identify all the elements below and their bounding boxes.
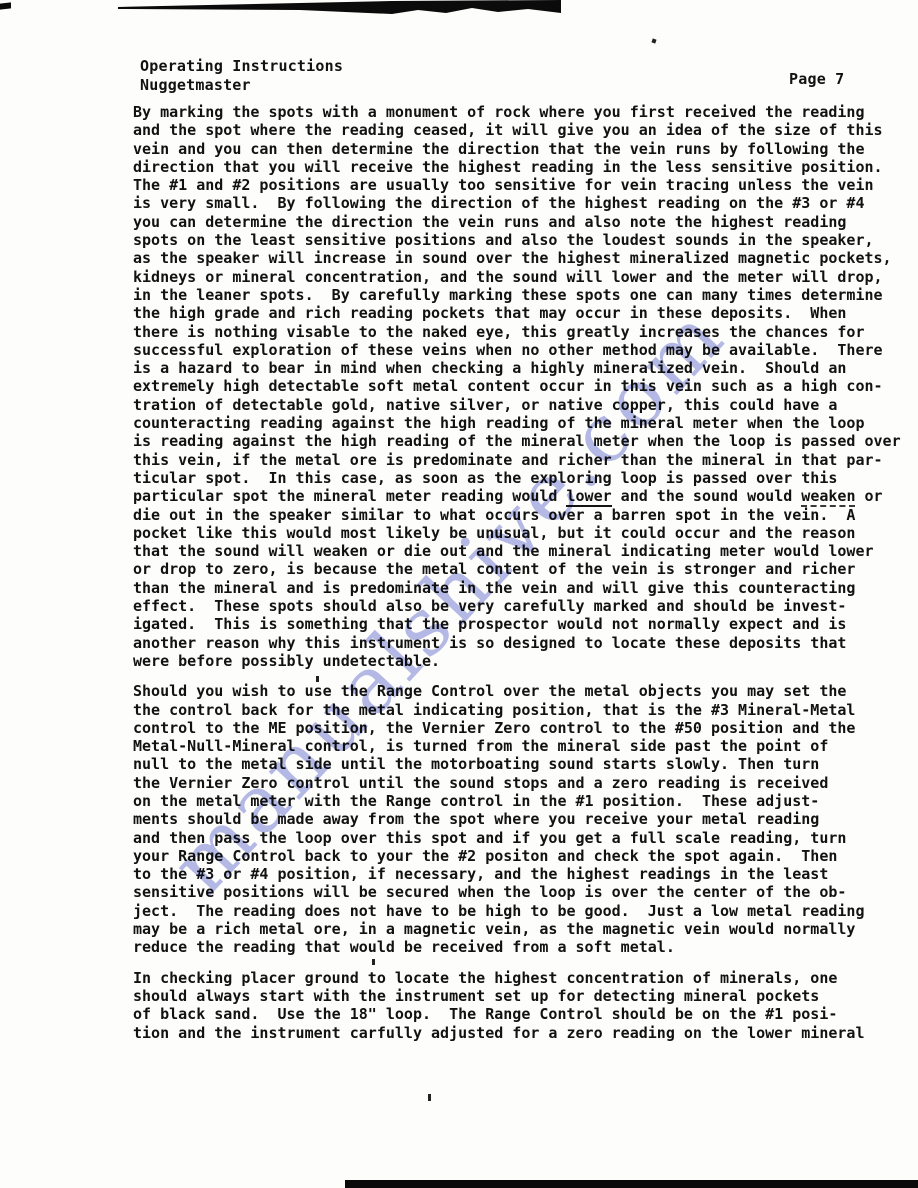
scan-speck	[428, 1094, 431, 1101]
text-line: reduce the reading that would be receive…	[133, 938, 918, 956]
text-line: In checking placer ground to locate the …	[133, 969, 918, 987]
page-body: By marking the spots with a monument of …	[133, 103, 918, 1054]
text-line: as the speaker will increase in sound ov…	[133, 249, 918, 267]
text-line: Should you wish to use the Range Control…	[133, 682, 918, 700]
scan-speck	[372, 959, 375, 965]
text-line: tration of detectable gold, native silve…	[133, 396, 918, 414]
doc-title-line1: Operating Instructions	[140, 57, 343, 75]
paragraph-1: By marking the spots with a monument of …	[133, 103, 918, 670]
text-line: die out in the speaker similar to what o…	[133, 506, 918, 524]
text-line: on the metal meter with the Range contro…	[133, 792, 918, 810]
text-line: By marking the spots with a monument of …	[133, 103, 918, 121]
text-line: The #1 and #2 positions are usually too …	[133, 176, 918, 194]
text-line: Metal-Null-Mineral control, is turned fr…	[133, 737, 918, 755]
paragraph-3: In checking placer ground to locate the …	[133, 969, 918, 1042]
scan-artifact-top-streak	[0, 0, 918, 22]
text-line: may be a rich metal ore, in a magnetic v…	[133, 920, 918, 938]
text-line: ments should be made away from the spot …	[133, 810, 918, 828]
text-line: the high grade and rich reading pockets …	[133, 304, 918, 322]
text-line: to the #3 or #4 position, if necessary, …	[133, 865, 918, 883]
text-line: that the sound will weaken or die out an…	[133, 542, 918, 560]
text-line: effect. These spots should also be very …	[133, 597, 918, 615]
text-line: ject. The reading does not have to be hi…	[133, 902, 918, 920]
scan-artifact-bottom-bar	[345, 1180, 918, 1188]
text-line: tion and the instrument carfully adjuste…	[133, 1024, 918, 1042]
text-line: this vein, if the metal ore is predomina…	[133, 451, 918, 469]
text-line: is very small. By following the directio…	[133, 194, 918, 212]
underlined-word: lower	[566, 487, 611, 507]
text-line: you can determine the direction the vein…	[133, 213, 918, 231]
text-line: direction that you will receive the high…	[133, 158, 918, 176]
text-line: and the spot where the reading ceased, i…	[133, 121, 918, 139]
text-line: pocket like this would most likely be un…	[133, 524, 918, 542]
text-line: vein and you can then determine the dire…	[133, 140, 918, 158]
text-line: spots on the least sensitive positions a…	[133, 231, 918, 249]
scan-speck	[316, 676, 319, 682]
text-line: null to the metal side until the motorbo…	[133, 755, 918, 773]
text-line: the control back for the metal indicatin…	[133, 701, 918, 719]
text-segment: particular spot the mineral meter readin…	[133, 487, 566, 505]
text-line: successful exploration of these veins wh…	[133, 341, 918, 359]
scan-speck	[651, 38, 656, 43]
underlined-word: weaken	[801, 487, 855, 507]
text-segment: and the sound would	[612, 487, 802, 505]
text-line: is reading against the high reading of t…	[133, 432, 918, 450]
text-line: extremely high detectable soft metal con…	[133, 377, 918, 395]
text-line: in the leaner spots. By carefully markin…	[133, 286, 918, 304]
text-line: were before possibly undetectable.	[133, 652, 918, 670]
text-line: the Vernier Zero control until the sound…	[133, 774, 918, 792]
text-line: sensitive positions will be secured when…	[133, 883, 918, 901]
text-segment: or	[855, 487, 882, 505]
text-line: igated. This is something that the prosp…	[133, 615, 918, 633]
text-line: and then pass the loop over this spot an…	[133, 829, 918, 847]
text-line: is a hazard to bear in mind when checkin…	[133, 359, 918, 377]
text-line: control to the ME position, the Vernier …	[133, 719, 918, 737]
text-line: your Range Control back to your the #2 p…	[133, 847, 918, 865]
page-number: Page 7	[789, 70, 844, 88]
scanned-manual-page: { "document": { "header": { "title_line1…	[0, 0, 918, 1188]
text-line: counteracting reading against the high r…	[133, 414, 918, 432]
text-line: of black sand. Use the 18" loop. The Ran…	[133, 1005, 918, 1023]
scan-artifact-corner-mark	[0, 2, 11, 9]
paragraph-2: Should you wish to use the Range Control…	[133, 682, 918, 956]
text-line: ticular spot. In this case, as soon as t…	[133, 469, 918, 487]
text-line: particular spot the mineral meter readin…	[133, 487, 918, 505]
text-line: than the mineral and is predominate in t…	[133, 579, 918, 597]
text-line: should always start with the instrument …	[133, 987, 918, 1005]
doc-title-line2: Nuggetmaster	[140, 76, 251, 94]
text-line: kidneys or mineral concentration, and th…	[133, 268, 918, 286]
text-line: there is nothing visable to the naked ey…	[133, 323, 918, 341]
text-line: or drop to zero, is because the metal co…	[133, 560, 918, 578]
text-line: another reason why this instrument is so…	[133, 634, 918, 652]
